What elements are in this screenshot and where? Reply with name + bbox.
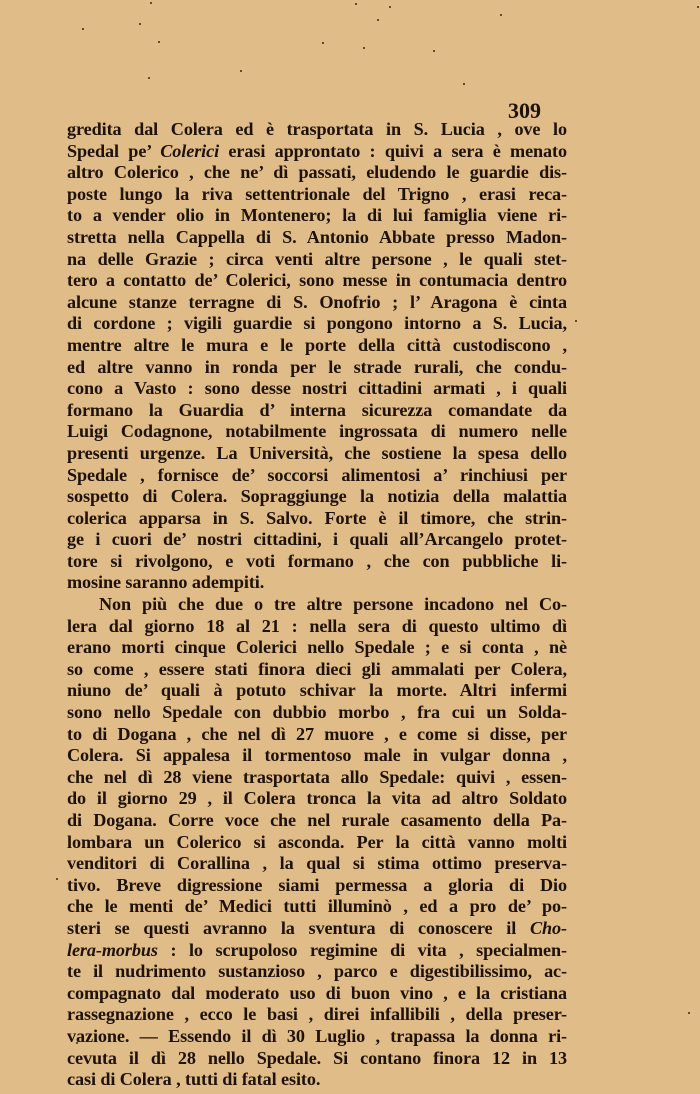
text-line: erano morti cinque Colerici nello Spedal… <box>67 637 567 659</box>
text-line: Spedale , fornisce de’ soccorsi alimento… <box>67 465 567 487</box>
text-line: mentre altre le mura e le porte della ci… <box>67 335 567 357</box>
scan-speck <box>240 70 242 72</box>
text-line: lera dal giorno 18 al 21 : nella sera di… <box>67 616 567 638</box>
text-line: formano la Guardia d’ interna sicurezza … <box>67 400 567 422</box>
text-line: ge i cuori de’ nostri cittadini, i quali… <box>67 529 567 551</box>
scan-speck <box>463 83 465 85</box>
text-line: che le menti de’ Medici tutti illuminò ,… <box>67 896 567 918</box>
scan-speck <box>363 47 365 49</box>
text-line: tore si rivolgono, e voti formano , che … <box>67 551 567 573</box>
text-line: che nel dì 28 viene trasportata allo Spe… <box>67 767 567 789</box>
text-line: ed altre vanno in ronda per le strade ru… <box>67 357 567 379</box>
text-line: di Dogana. Corre voce che nel rurale cas… <box>67 810 567 832</box>
text-line: cevuta il dì 28 nello Spedale. Si contan… <box>67 1048 567 1070</box>
scanned-book-page: 309 gredita dal Colera ed è trasportata … <box>0 0 700 1094</box>
text-line: na delle Grazie ; circa venti altre pers… <box>67 249 567 271</box>
text-line: poste lungo la riva settentrionale del T… <box>67 184 567 206</box>
text-line: vazione. — Essendo il dì 30 Luglio , tra… <box>67 1026 567 1048</box>
text-line: to a vender olio in Montenero; la di lui… <box>67 205 567 227</box>
scan-speck <box>377 19 379 21</box>
scan-speck <box>158 41 160 43</box>
paragraph-2: Non più che due o tre altre persone inca… <box>67 594 567 1091</box>
text-line: niuno de’ quali à potuto schivar la mort… <box>67 680 567 702</box>
italic-term: Colerici <box>160 141 219 161</box>
scan-speck <box>688 1012 690 1014</box>
italic-term: Cho- <box>530 918 567 938</box>
text-line: di cordone ; vigili guardie si pongono i… <box>67 313 567 335</box>
text-line: venditori di Corallina , la qual si stim… <box>67 853 567 875</box>
scan-speck <box>389 6 391 8</box>
scan-speck <box>433 50 435 52</box>
text-line: tivo. Breve digressione siami permessa a… <box>67 875 567 897</box>
text-line: altro Colerico , che ne’ dì passati, elu… <box>67 162 567 184</box>
text-line: tero a contatto de’ Colerici, sono messe… <box>67 270 567 292</box>
text-line: Colera. Si appalesa il tormentoso male i… <box>67 745 567 767</box>
text-line: te il nudrimento sustanzioso , parco e d… <box>67 961 567 983</box>
text-line: to di Dogana , che nel dì 27 muore , e c… <box>67 724 567 746</box>
scan-speck <box>322 42 324 44</box>
text-line-last: mosine saranno adempiti. <box>67 572 567 594</box>
scan-speck <box>148 77 150 79</box>
text-line: rassegnazione , ecco le basi , direi inf… <box>67 1004 567 1026</box>
text-line-with-italic: lera-morbus : lo scrupoloso regimine di … <box>67 940 567 962</box>
text-line: sospetto di Colera. Sopraggiunge la noti… <box>67 486 567 508</box>
scan-speck <box>697 6 699 8</box>
text-line: do il giorno 29 , il Colera tronca la vi… <box>67 788 567 810</box>
text-line-with-italic: Spedal pe’ Colerici erasi approntato : q… <box>67 141 567 163</box>
text-line: cono a Vasto : sono desse nostri cittadi… <box>67 378 567 400</box>
text-line: gredita dal Colera ed è trasportata in S… <box>67 119 567 141</box>
paragraph-1: gredita dal Colera ed è trasportata in S… <box>67 119 567 594</box>
text-line-last: casi di Colera , tutti di fatal esito. <box>67 1069 567 1091</box>
text-line: Luigi Codagnone, notabilmente ingrossata… <box>67 421 567 443</box>
text-line: presenti urgenze. La Università, che sos… <box>67 443 567 465</box>
text-line: stretta nella Cappella di S. Antonio Abb… <box>67 227 567 249</box>
text-line: lombara un Colerico si asconda. Per la c… <box>67 832 567 854</box>
italic-term: lera-morbus <box>67 940 158 960</box>
scan-speck <box>82 28 84 30</box>
scan-speck <box>575 320 577 322</box>
scan-speck <box>500 14 502 16</box>
text-line: so come , essere stati finora dieci gli … <box>67 659 567 681</box>
scan-speck <box>150 2 152 4</box>
text-line: compagnato dal moderato uso di buon vino… <box>67 983 567 1005</box>
text-line-with-italic: steri se questi avranno la sventura di c… <box>67 918 567 940</box>
scan-speck <box>355 3 357 5</box>
text-line: colerica apparsa in S. Salvo. Forte è il… <box>67 508 567 530</box>
text-line: alcune stanze terragne di S. Onofrio ; l… <box>67 292 567 314</box>
body-text: gredita dal Colera ed è trasportata in S… <box>67 119 567 1091</box>
scan-speck <box>139 23 141 25</box>
scan-speck <box>56 878 58 880</box>
text-line: sono nello Spedale con dubbio morbo , fr… <box>67 702 567 724</box>
text-line-indented: Non più che due o tre altre persone inca… <box>67 594 567 616</box>
